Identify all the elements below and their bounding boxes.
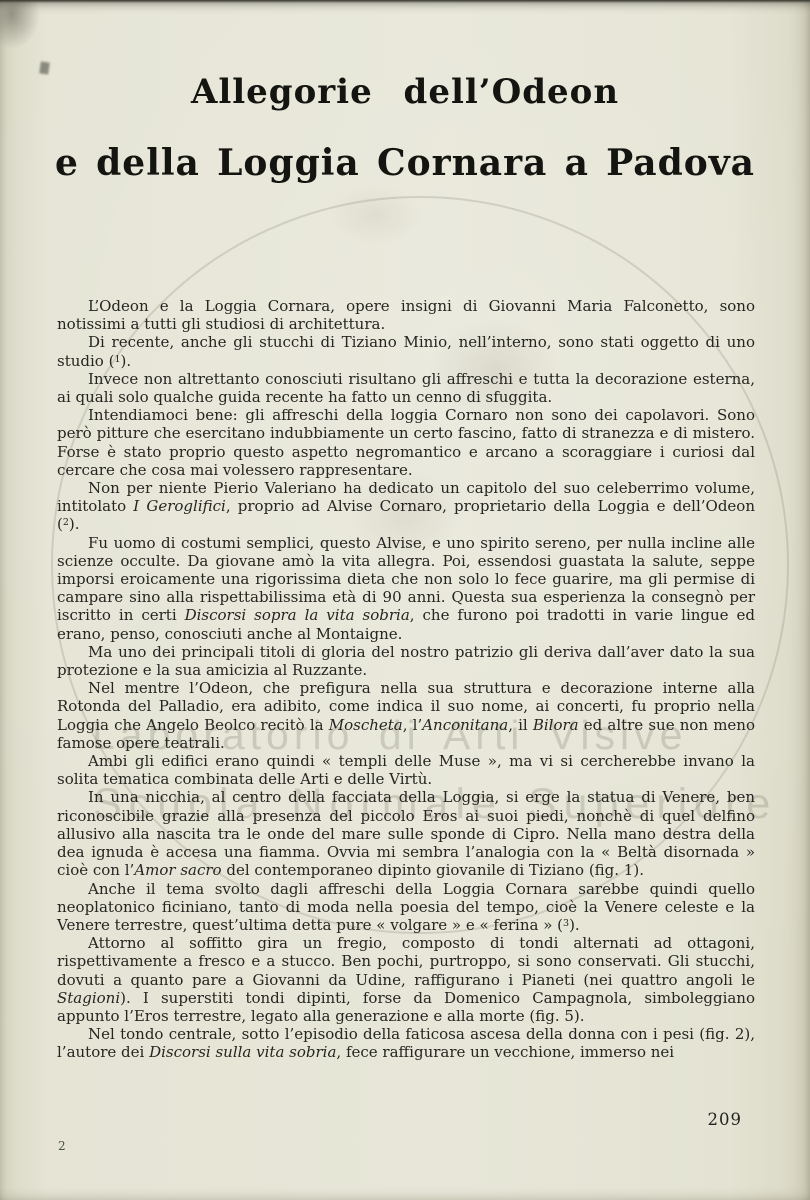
paragraph: Nel tondo centrale, sotto l’episodio del… <box>57 1025 755 1061</box>
paragraph: Nel mentre l’Odeon, che prefigura nella … <box>57 679 755 752</box>
book-page: Laboratorio di Arti Visive Scuola Normal… <box>0 0 810 1200</box>
scan-smudge <box>330 185 420 245</box>
paragraph: Ambi gli edifici erano quindi « templi d… <box>57 752 755 788</box>
paragraph: Fu uomo di costumi semplici, questo Alvi… <box>57 534 755 643</box>
paragraph: Non per niente Pierio Valeriano ha dedic… <box>57 479 755 534</box>
paragraph: Ma uno dei principali titoli di gloria d… <box>57 643 755 679</box>
article-title-line2: e della Loggia Cornara a Padova <box>55 142 755 184</box>
paragraph: In una nicchia, al centro della facciata… <box>57 788 755 879</box>
paragraph: Invece non altrettanto conosciuti risult… <box>57 370 755 406</box>
signature-mark: 2 <box>58 1139 66 1153</box>
paragraph: L’Odeon e la Loggia Cornara, opere insig… <box>57 297 755 333</box>
paragraph: Intendiamoci bene: gli affreschi della l… <box>57 406 755 479</box>
page-number: 209 <box>708 1110 743 1129</box>
paragraph: Di recente, anche gli stucchi di Tiziano… <box>57 333 755 369</box>
scan-top-edge <box>0 0 810 3</box>
paragraph: Anche il tema svolto dagli affreschi del… <box>57 880 755 935</box>
article-title-line1: Allegorie dell’Odeon <box>55 72 755 112</box>
article-body: L’Odeon e la Loggia Cornara, opere insig… <box>57 297 755 1062</box>
ink-speck <box>39 61 50 74</box>
paragraph: Attorno al soffitto gira un fregio, comp… <box>57 934 755 1025</box>
